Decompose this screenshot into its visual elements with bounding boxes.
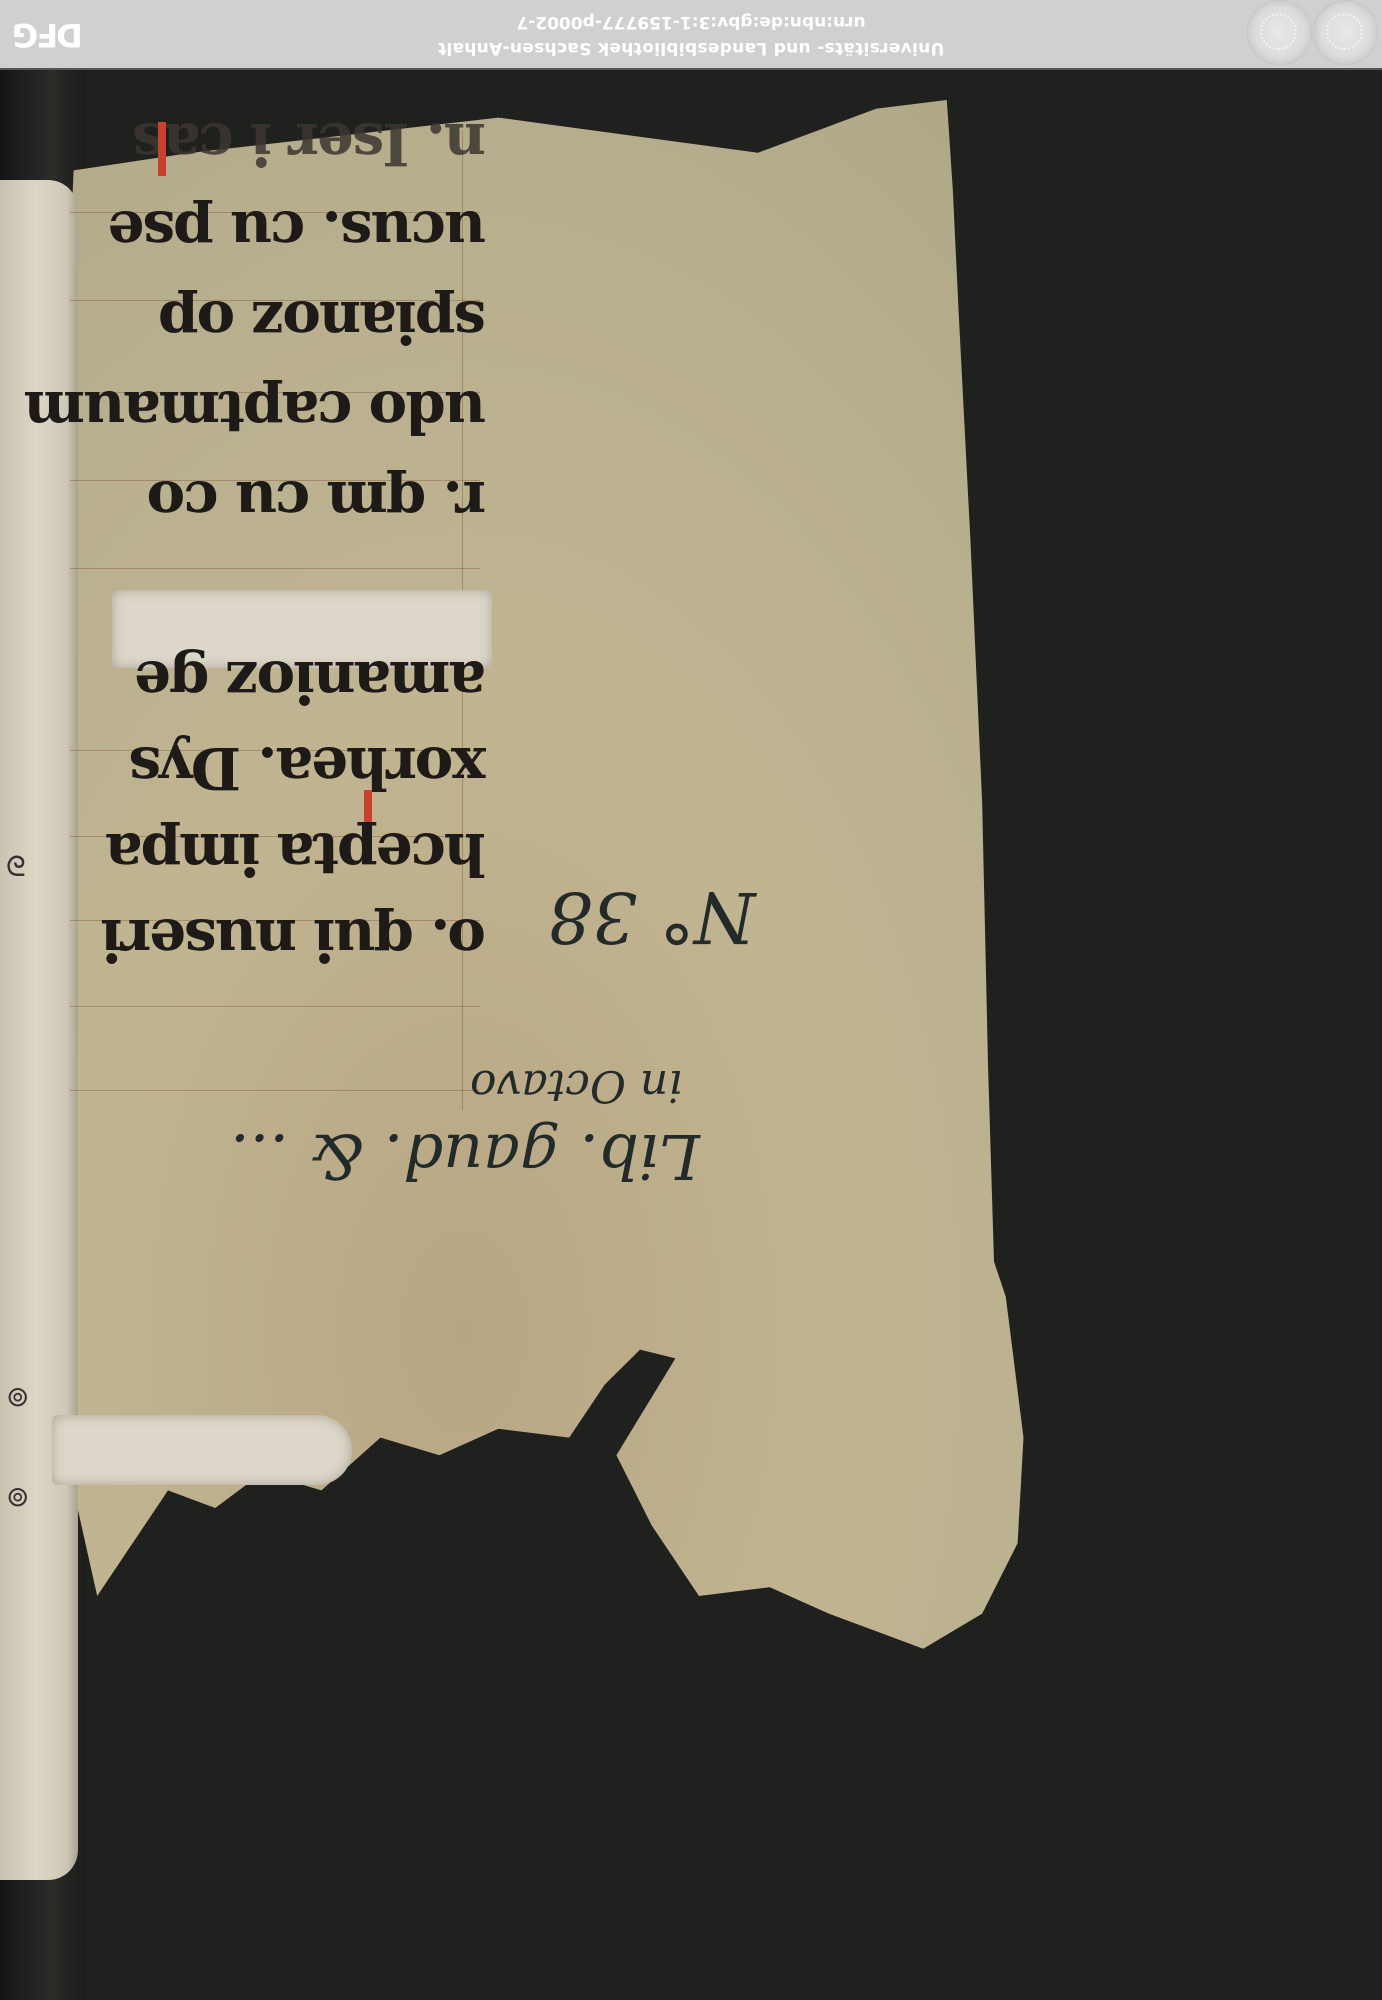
manuscript-line: spianoz op — [76, 288, 486, 356]
manuscript-line: n. Iser i cas — [76, 110, 486, 178]
manuscript-line: amanioz ge — [76, 648, 486, 716]
university-seal-icon — [1247, 0, 1312, 65]
dfg-logo: DFG — [14, 16, 83, 54]
header-bar: Universitäts- und Landesbibliothek Sachs… — [0, 0, 1382, 70]
manuscript-scan: ᘓ ⊚ ⊚ n. Iser i cas ucus. cu pse spianoz… — [0, 70, 1382, 2000]
institution-name: Universitäts- und Landesbibliothek Sachs… — [0, 38, 1382, 58]
handwritten-annotation-line-2: in Octavo — [470, 1060, 682, 1111]
seal-logos — [1244, 0, 1378, 66]
handwritten-annotation-line-1: Lib. gaud. & ... — [230, 1120, 700, 1193]
spine-pencil-mark: ⊚ — [6, 1480, 29, 1513]
spine-pencil-mark: ᘓ — [6, 850, 26, 884]
paper-guard-strip — [52, 1415, 352, 1485]
rubric-mark — [158, 122, 166, 176]
manuscript-line: ucus. cu pse — [76, 198, 486, 266]
manuscript-line: xorhea. Dys — [76, 734, 486, 802]
header-content-rotated: Universitäts- und Landesbibliothek Sachs… — [0, 0, 1382, 68]
urn-identifier: urn:nbn:de:gbv:3:1-159777-p0002-7 — [0, 12, 1382, 32]
shelfmark-annotation: N° 38 — [548, 876, 756, 958]
manuscript-line: udo captmaum — [76, 378, 486, 446]
manuscript-line: r. qm cu co — [76, 468, 486, 536]
spine-pencil-mark: ⊚ — [6, 1380, 29, 1413]
manuscript-line: hcepta impa — [76, 820, 486, 888]
university-seal-icon — [1313, 0, 1378, 65]
manuscript-line: o. qui nuseri — [76, 906, 486, 974]
